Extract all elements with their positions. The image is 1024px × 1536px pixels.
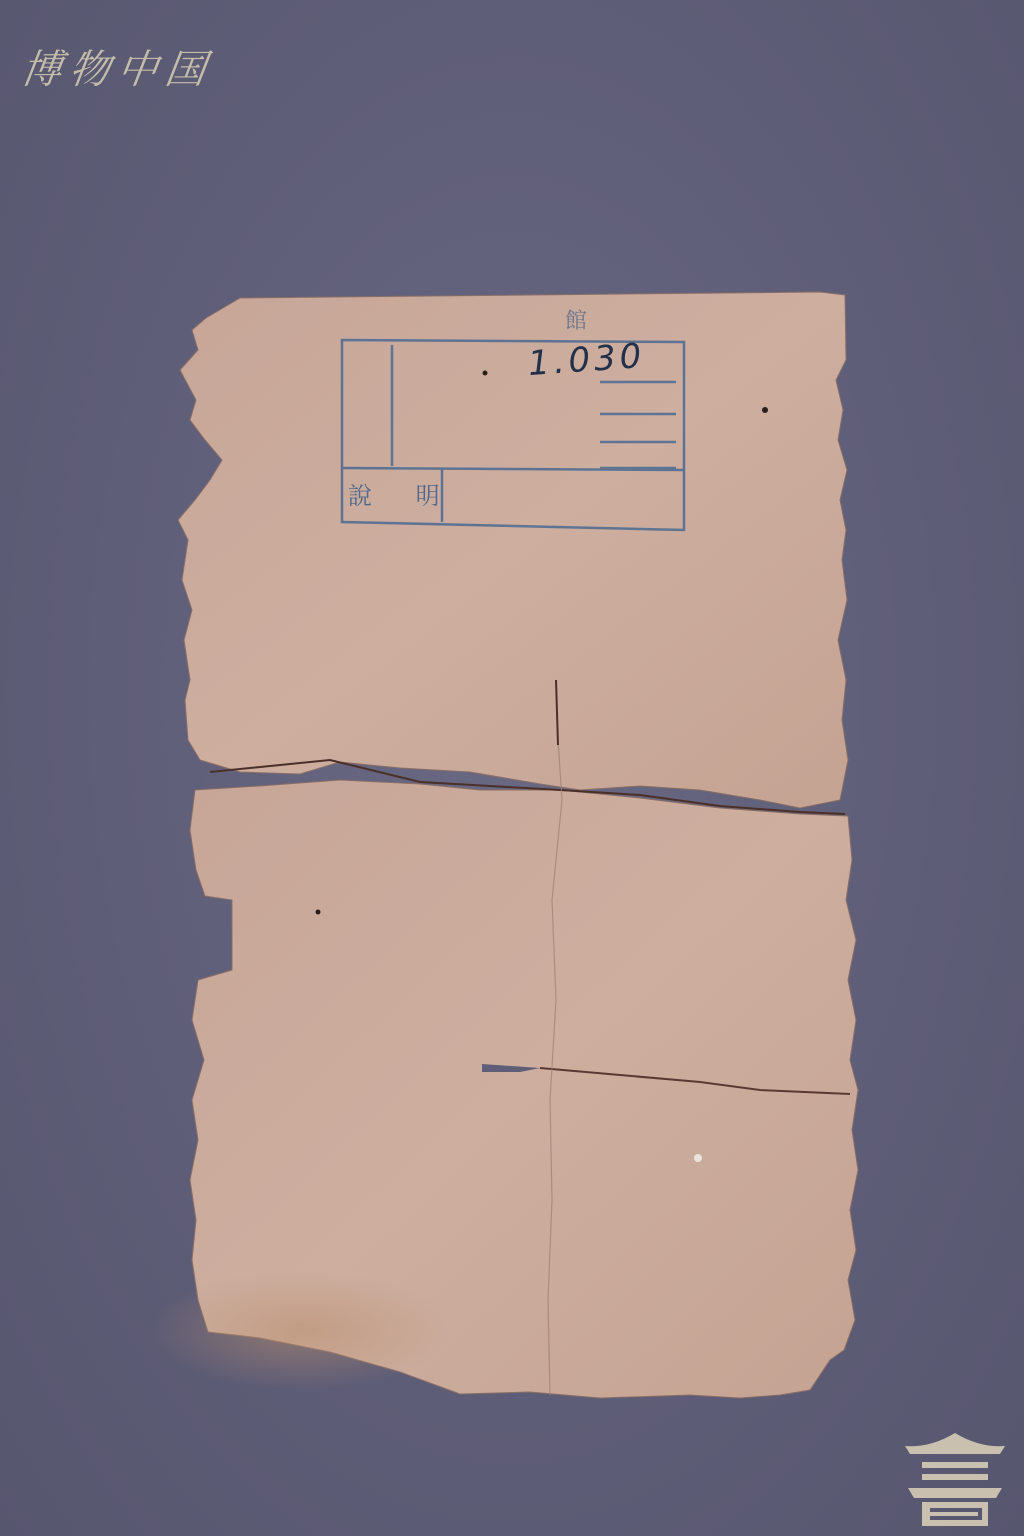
pavilion-logo-icon: [900, 1428, 1010, 1528]
form-label: 說 明: [348, 476, 458, 511]
header-text: 館: [565, 304, 587, 335]
paper-upper-fragment: [178, 292, 848, 808]
form-number: 1.030: [527, 336, 647, 384]
document-artifact: [0, 0, 1024, 1536]
